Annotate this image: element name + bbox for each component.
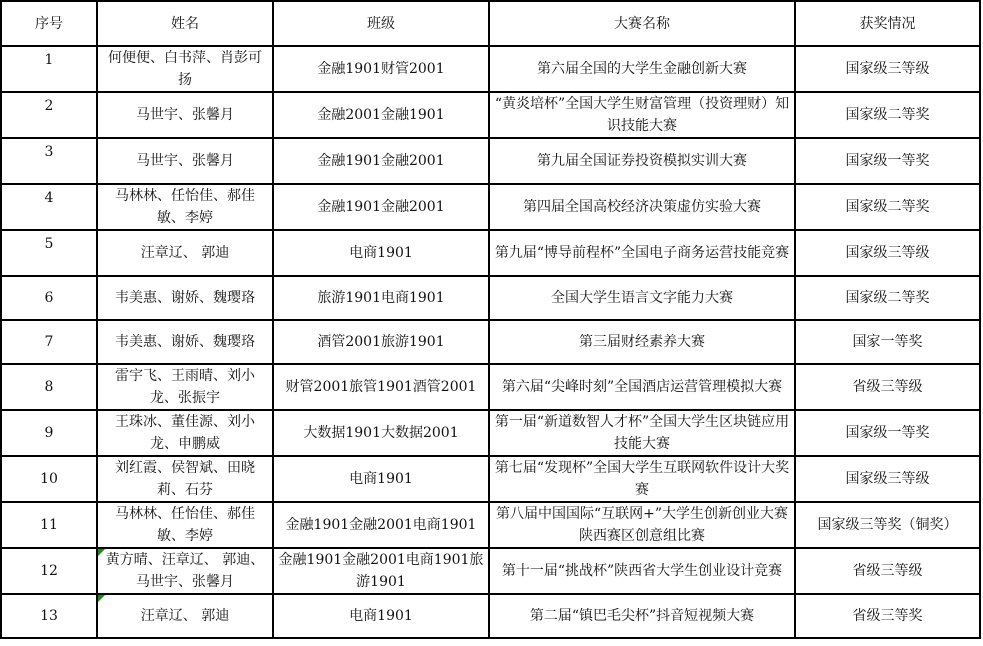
cell-award[interactable]: 国家级三等级 [795,456,980,502]
table-row: 5 汪章辽、 郭迪 电商1901 第九届“博导前程杯”全国电子商务运营技能竞赛 … [1,230,980,276]
cell-award[interactable]: 国家级三等级 [795,46,980,92]
cell-award[interactable]: 国家一等奖 [795,320,980,364]
cell-names-text: 汪章辽、 郭迪 [141,608,229,624]
cell-award[interactable]: 国家级三等奖（铜奖） [795,502,980,548]
cell-index[interactable]: 8 [1,364,97,410]
cell-index[interactable]: 12 [1,548,97,594]
cell-competition[interactable]: 第三届财经素养大赛 [489,320,795,364]
cell-competition[interactable]: 全国大学生语言文字能力大赛 [489,276,795,320]
cell-competition[interactable]: 第九届全国证券投资模拟实训大赛 [489,138,795,184]
comment-indicator-icon[interactable] [98,595,105,602]
cell-competition[interactable]: 第十一届“挑战杯”陕西省大学生创业设计竞赛 [489,548,795,594]
cell-class[interactable]: 旅游1901电商1901 [273,276,489,320]
cell-class[interactable]: 金融2001金融1901 [273,92,489,138]
cell-index[interactable]: 7 [1,320,97,364]
cell-award[interactable]: 国家级一等奖 [795,138,980,184]
cell-class[interactable]: 金融1901金融2001电商1901 [273,502,489,548]
cell-names[interactable]: 王珠冰、董佳源、刘小龙、申鹏威 [97,410,273,456]
cell-index[interactable]: 2 [1,92,97,138]
header-class[interactable]: 班级 [273,1,489,46]
comment-indicator-icon[interactable] [98,549,105,556]
cell-names[interactable]: 汪章辽、 郭迪 [97,230,273,276]
table-row: 4 马林林、任怡佳、郝佳敏、李婷 金融1901金融2001 第四届全国高校经济决… [1,184,980,230]
cell-award[interactable]: 省级三等奖 [795,594,980,638]
table-row: 7 韦美惠、谢娇、魏璎珞 酒管2001旅游1901 第三届财经素养大赛 国家一等… [1,320,980,364]
header-name[interactable]: 姓名 [97,1,273,46]
cell-names[interactable]: 雷宇飞、王雨晴、刘小龙、张振宇 [97,364,273,410]
cell-competition[interactable]: 第六届“尖峰时刻”全国酒店运营管理模拟大赛 [489,364,795,410]
cell-names[interactable]: 何便便、白书萍、肖彭可扬 [97,46,273,92]
table-body: 1 何便便、白书萍、肖彭可扬 金融1901财管2001 第六届全国的大学生金融创… [1,46,980,638]
cell-competition[interactable]: 第二届“镇巴毛尖杯”抖音短视频大赛 [489,594,795,638]
cell-names[interactable]: 韦美惠、谢娇、魏璎珞 [97,320,273,364]
header-competition[interactable]: 大赛名称 [489,1,795,46]
cell-competition[interactable]: 第八届中国国际“互联网+”大学生创新创业大赛陕西赛区创意组比赛 [489,502,795,548]
cell-names[interactable]: 韦美惠、谢娇、魏璎珞 [97,276,273,320]
cell-award[interactable]: 国家级二等奖 [795,92,980,138]
header-award[interactable]: 获奖情况 [795,1,980,46]
cell-names[interactable]: 黄方晴、汪章辽、 郭迪、马世宇、张馨月 [97,548,273,594]
cell-competition[interactable]: 第九届“博导前程杯”全国电子商务运营技能竞赛 [489,230,795,276]
cell-class[interactable]: 金融1901财管2001 [273,46,489,92]
table-row: 13 汪章辽、 郭迪 电商1901 第二届“镇巴毛尖杯”抖音短视频大赛 省级三等… [1,594,980,638]
cell-index[interactable]: 13 [1,594,97,638]
cell-names[interactable]: 马林林、任怡佳、郝佳敏、李婷 [97,502,273,548]
cell-index[interactable]: 10 [1,456,97,502]
cell-award[interactable]: 省级三等级 [795,364,980,410]
table-row: 10 刘红霞、侯智斌、田晓莉、石芬 电商1901 第七届“发现杯”全国大学生互联… [1,456,980,502]
cell-class[interactable]: 电商1901 [273,456,489,502]
table-row: 11 马林林、任怡佳、郝佳敏、李婷 金融1901金融2001电商1901 第八届… [1,502,980,548]
cell-competition[interactable]: 第七届“发现杯”全国大学生互联网软件设计大奖赛 [489,456,795,502]
cell-class[interactable]: 金融1901金融2001 [273,184,489,230]
header-index[interactable]: 序号 [1,1,97,46]
cell-index[interactable]: 3 [1,138,97,184]
table-row: 3 马世宇、张馨月 金融1901金融2001 第九届全国证券投资模拟实训大赛 国… [1,138,980,184]
cell-class[interactable]: 大数据1901大数据2001 [273,410,489,456]
table-row: 12 黄方晴、汪章辽、 郭迪、马世宇、张馨月 金融1901金融2001电商190… [1,548,980,594]
cell-competition[interactable]: 第一届“新道数智人才杯”全国大学生区块链应用技能大赛 [489,410,795,456]
cell-names[interactable]: 汪章辽、 郭迪 [97,594,273,638]
header-row: 序号 姓名 班级 大赛名称 获奖情况 [1,1,980,46]
cell-index[interactable]: 11 [1,502,97,548]
table-row: 8 雷宇飞、王雨晴、刘小龙、张振宇 财管2001旅管1901酒管2001 第六届… [1,364,980,410]
cell-class[interactable]: 金融1901金融2001 [273,138,489,184]
cell-award[interactable]: 省级三等级 [795,548,980,594]
cell-class[interactable]: 电商1901 [273,594,489,638]
cell-names[interactable]: 马世宇、张馨月 [97,92,273,138]
awards-table: 序号 姓名 班级 大赛名称 获奖情况 1 何便便、白书萍、肖彭可扬 金融1901… [0,0,981,639]
cell-award[interactable]: 国家级二等奖 [795,276,980,320]
cell-index[interactable]: 1 [1,46,97,92]
table-row: 1 何便便、白书萍、肖彭可扬 金融1901财管2001 第六届全国的大学生金融创… [1,46,980,92]
cell-class[interactable]: 财管2001旅管1901酒管2001 [273,364,489,410]
cell-index[interactable]: 5 [1,230,97,276]
cell-names-text: 黄方晴、汪章辽、 郭迪、马世宇、张馨月 [106,552,264,590]
cell-competition[interactable]: “黄炎培杯”全国大学生财富管理（投资理财）知识技能大赛 [489,92,795,138]
cell-index[interactable]: 9 [1,410,97,456]
table-row: 6 韦美惠、谢娇、魏璎珞 旅游1901电商1901 全国大学生语言文字能力大赛 … [1,276,980,320]
cell-index[interactable]: 6 [1,276,97,320]
cell-award[interactable]: 国家级一等奖 [795,410,980,456]
cell-award[interactable]: 国家级三等级 [795,230,980,276]
cell-class[interactable]: 电商1901 [273,230,489,276]
cell-index[interactable]: 4 [1,184,97,230]
cell-names[interactable]: 马世宇、张馨月 [97,138,273,184]
table-row: 2 马世宇、张馨月 金融2001金融1901 “黄炎培杯”全国大学生财富管理（投… [1,92,980,138]
table-row: 9 王珠冰、董佳源、刘小龙、申鹏威 大数据1901大数据2001 第一届“新道数… [1,410,980,456]
cell-names[interactable]: 马林林、任怡佳、郝佳敏、李婷 [97,184,273,230]
cell-award[interactable]: 国家级二等奖 [795,184,980,230]
cell-class[interactable]: 金融1901金融2001电商1901旅游1901 [273,548,489,594]
cell-class[interactable]: 酒管2001旅游1901 [273,320,489,364]
cell-names[interactable]: 刘红霞、侯智斌、田晓莉、石芬 [97,456,273,502]
cell-competition[interactable]: 第六届全国的大学生金融创新大赛 [489,46,795,92]
cell-competition[interactable]: 第四届全国高校经济决策虚仿实验大赛 [489,184,795,230]
